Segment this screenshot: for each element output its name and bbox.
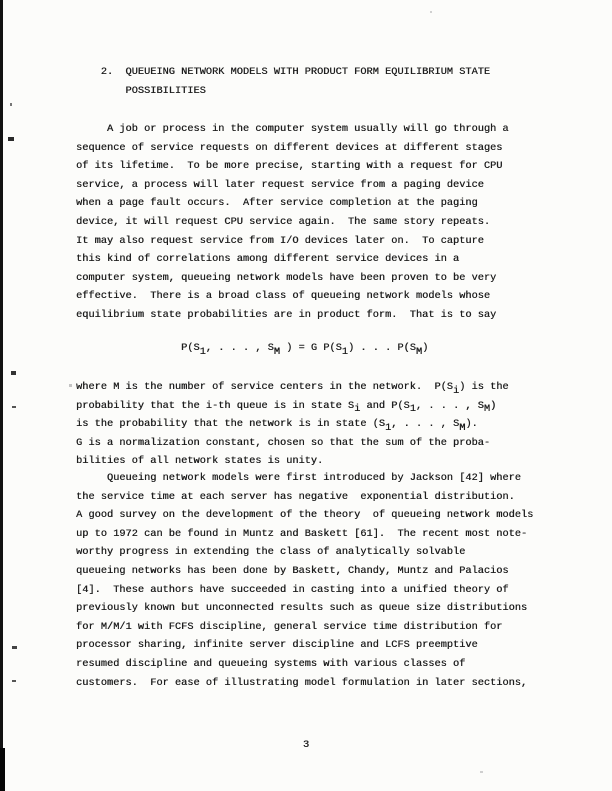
subscript: 1: [385, 422, 391, 434]
scan-artifact: [12, 646, 17, 649]
text-line: customers. For ease of illustrating mode…: [76, 674, 533, 693]
subscript: 1: [342, 346, 348, 358]
text-line: equilibrium state probabilities are in p…: [76, 306, 509, 325]
text-line: for M/M/1 with FCFS discipline, general …: [76, 618, 533, 637]
scan-artifact: [480, 771, 483, 773]
text-line: 2. QUEUEING NETWORK MODELS WITH PRODUCT …: [76, 63, 490, 82]
text-segment: ): [422, 342, 428, 354]
scan-edge-artifact: [0, 0, 3, 791]
text-line: effective. There is a broad class of que…: [76, 287, 509, 306]
subscript: M: [484, 403, 490, 415]
subscript: M: [416, 346, 422, 358]
text-segment: is the probability that the network is i…: [76, 418, 385, 430]
scan-artifact: [12, 680, 16, 682]
scan-artifact: [10, 103, 12, 106]
subscript: i: [354, 403, 360, 415]
page-number: 3: [0, 736, 612, 755]
paragraph-intro: A job or process in the computer system …: [76, 120, 509, 325]
text-segment: P(S: [76, 342, 200, 354]
text-segment: , . . . , S: [206, 342, 274, 354]
text-segment: ): [490, 400, 496, 412]
text-segment: ) is the: [459, 381, 508, 393]
scan-artifact: [12, 406, 16, 408]
text-segment: where M is the number of service centers…: [76, 381, 453, 393]
subscript: i: [453, 385, 459, 397]
text-line: It may also request service from I/O dev…: [76, 232, 509, 251]
text-segment: , . . . , S: [416, 400, 484, 412]
text-line: service, a process will later request se…: [76, 176, 509, 195]
text-segment: ) = G P(S: [280, 342, 342, 354]
subscript: 1: [410, 403, 416, 415]
text-line: when a page fault occurs. After service …: [76, 194, 509, 213]
section-heading: 2. QUEUEING NETWORK MODELS WITH PRODUCT …: [76, 63, 490, 100]
text-line: device, it will request CPU service agai…: [76, 213, 509, 232]
text-line: processor sharing, infinite server disci…: [76, 636, 533, 655]
text-line: A job or process in the computer system …: [76, 120, 509, 139]
text-segment: probability that the i-th queue is in st…: [76, 400, 354, 412]
text-line: [4]. These authors have succeeded in cas…: [76, 581, 533, 600]
text-line: probability that the i-th queue is in st…: [76, 397, 509, 416]
text-line: of its lifetime. To be more precise, sta…: [76, 157, 509, 176]
scan-artifact: [430, 11, 432, 13]
scan-artifact: [69, 384, 72, 387]
text-line: previously known but unconnected results…: [76, 599, 533, 618]
text-line: the service time at each server has nega…: [76, 488, 533, 507]
subscript: M: [459, 422, 465, 434]
text-segment: and P(S: [360, 400, 409, 412]
scan-artifact: [11, 371, 16, 375]
paragraph-history: Queueing network models were first intro…: [76, 469, 533, 692]
text-line: is the probability that the network is i…: [76, 415, 509, 434]
text-line: up to 1972 can be found in Muntz and Bas…: [76, 525, 533, 544]
paragraph-notation: where M is the number of service centers…: [76, 378, 509, 471]
text-line: this kind of correlations among differen…: [76, 250, 509, 269]
text-line: A good survey on the development of the …: [76, 506, 533, 525]
text-line: Queueing network models were first intro…: [76, 469, 533, 488]
text-line: POSSIBILITIES: [76, 82, 490, 101]
scan-artifact: [8, 137, 14, 141]
text-line: where M is the number of service centers…: [76, 378, 509, 397]
subscript: M: [274, 346, 280, 358]
text-segment: ).: [465, 418, 477, 430]
text-line: queueing networks has been done by Baske…: [76, 562, 533, 581]
text-line: worthy progress in extending the class o…: [76, 543, 533, 562]
text-segment: , . . . , S: [391, 418, 459, 430]
text-line: P(S1, . . . , SM ) = G P(S1) . . . P(SM): [76, 339, 428, 358]
text-segment: ) . . . P(S: [348, 342, 416, 354]
document-page: 2. QUEUEING NETWORK MODELS WITH PRODUCT …: [0, 0, 612, 791]
text-line: sequence of service requests on differen…: [76, 139, 509, 158]
text-line: computer system, queueing network models…: [76, 269, 509, 288]
subscript: 1: [200, 346, 206, 358]
text-line: resumed discipline and queueing systems …: [76, 655, 533, 674]
text-line: G is a normalization constant, chosen so…: [76, 434, 509, 453]
product-form-equation: P(S1, . . . , SM ) = G P(S1) . . . P(SM): [76, 339, 428, 358]
